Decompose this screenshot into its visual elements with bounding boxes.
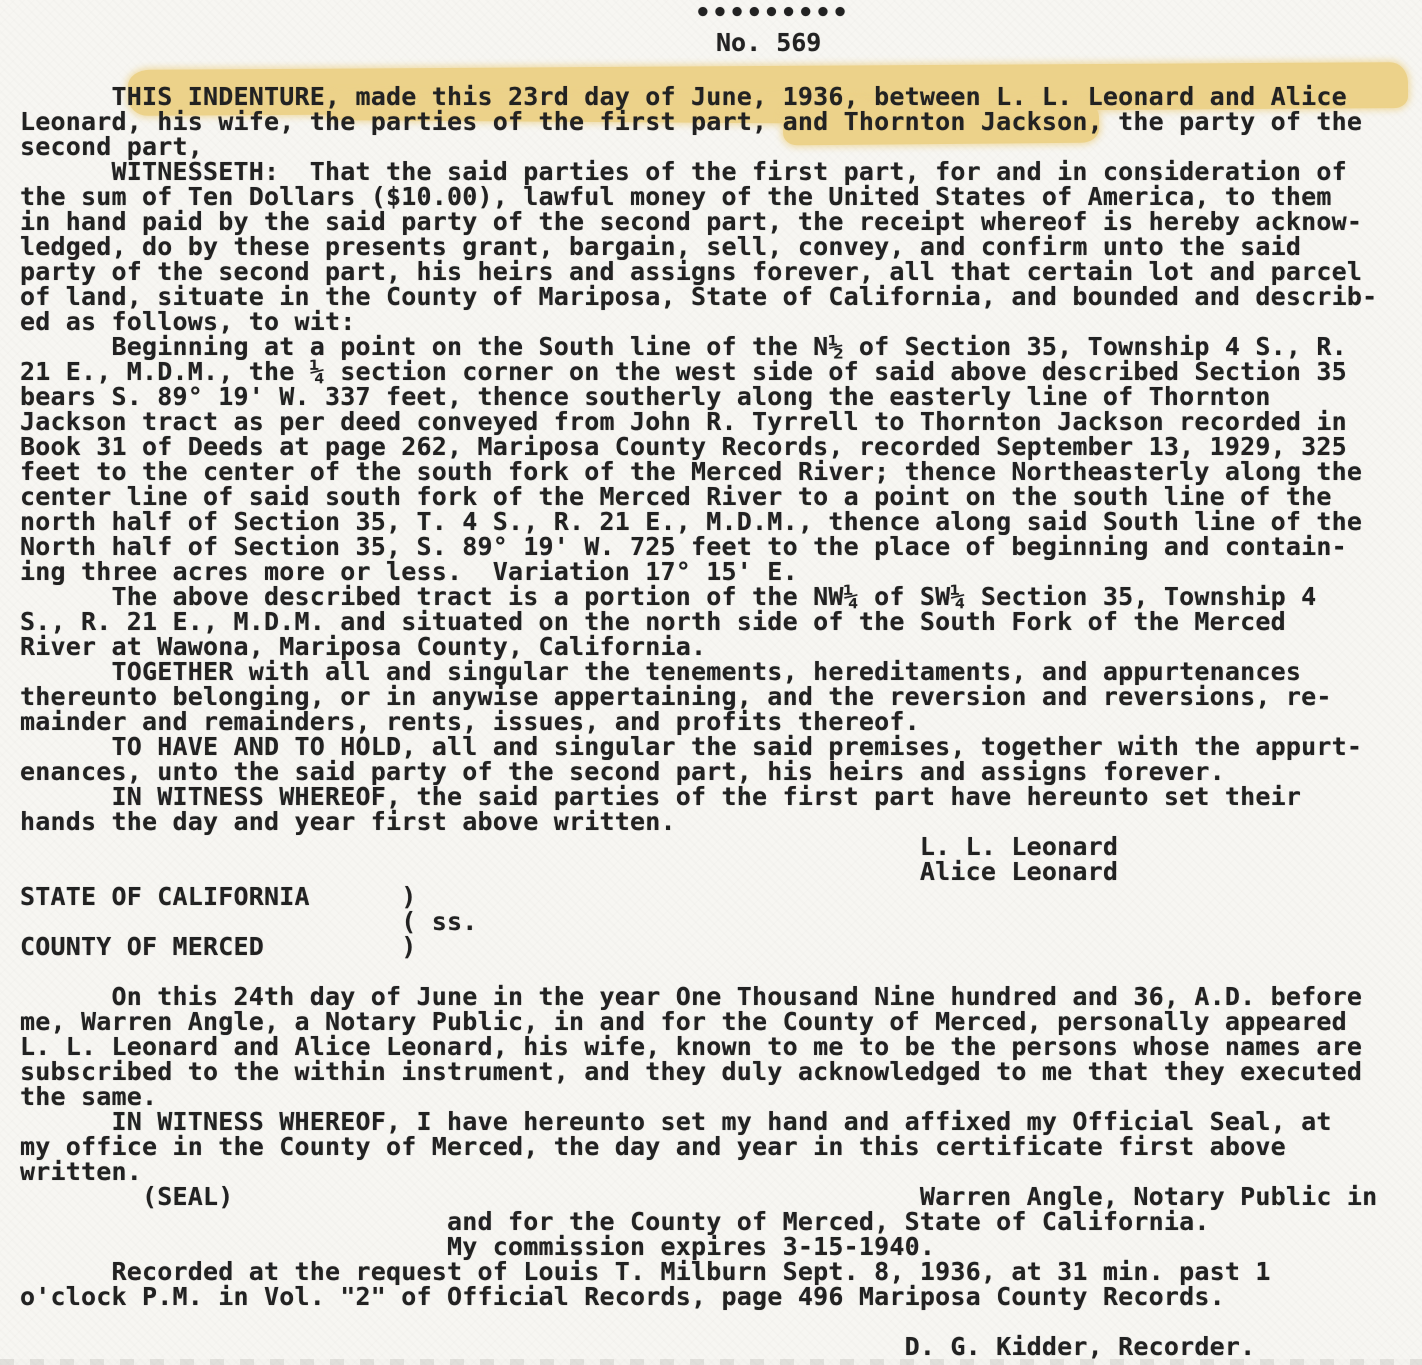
document-line: enances, unto the said party of the seco… — [20, 759, 1377, 784]
document-line — [20, 1309, 1377, 1334]
document-line: THIS INDENTURE, made this 23rd day of Ju… — [20, 84, 1377, 109]
deed-text-body: THIS INDENTURE, made this 23rd day of Ju… — [20, 84, 1377, 1359]
document-line: in hand paid by the said party of the se… — [20, 209, 1377, 234]
document-line: Book 31 of Deeds at page 262, Mariposa C… — [20, 434, 1377, 459]
document-line: WITNESSETH: That the said parties of the… — [20, 159, 1377, 184]
document-line: ledged, do by these presents grant, barg… — [20, 234, 1377, 259]
document-line: the sum of Ten Dollars ($10.00), lawful … — [20, 184, 1377, 209]
document-line: ( ss. — [20, 909, 1377, 934]
document-line: Leonard, his wife, the parties of the fi… — [20, 109, 1377, 134]
document-line: L. L. Leonard — [20, 834, 1377, 859]
document-line: north half of Section 35, T. 4 S., R. 21… — [20, 509, 1377, 534]
document-line: ed as follows, to wit: — [20, 309, 1377, 334]
document-line: of land, situate in the County of Maripo… — [20, 284, 1377, 309]
document-line: and for the County of Merced, State of C… — [20, 1209, 1377, 1234]
document-line — [20, 959, 1377, 984]
document-line: S., R. 21 E., M.D.M. and situated on the… — [20, 609, 1377, 634]
document-line: mainder and remainders, rents, issues, a… — [20, 709, 1377, 734]
document-line: feet to the center of the south fork of … — [20, 459, 1377, 484]
document-line: COUNTY OF MERCED ) — [20, 934, 1377, 959]
document-line: the same. — [20, 1084, 1377, 1109]
document-line: North half of Section 35, S. 89° 19' W. … — [20, 534, 1377, 559]
document-line: ing three acres more or less. Variation … — [20, 559, 1377, 584]
document-line: IN WITNESS WHEREOF, I have hereunto set … — [20, 1109, 1377, 1134]
document-line: thereunto belonging, or in anywise apper… — [20, 684, 1377, 709]
document-line: TO HAVE AND TO HOLD, all and singular th… — [20, 734, 1377, 759]
document-line: o'clock P.M. in Vol. "2" of Official Rec… — [20, 1284, 1377, 1309]
document-line: center line of said south fork of the Me… — [20, 484, 1377, 509]
document-line: second part, — [20, 134, 1377, 159]
decorative-dots: ••••••••• — [695, 0, 849, 26]
document-line: bears S. 89° 19' W. 337 feet, thence sou… — [20, 384, 1377, 409]
document-line: STATE OF CALIFORNIA ) — [20, 884, 1377, 909]
document-line: IN WITNESS WHEREOF, the said parties of … — [20, 784, 1377, 809]
document-line: 21 E., M.D.M., the ¼ section corner on t… — [20, 359, 1377, 384]
scanned-deed-page: ••••••••• No. 569 THIS INDENTURE, made t… — [0, 0, 1422, 1365]
document-line: subscribed to the within instrument, and… — [20, 1059, 1377, 1084]
document-line: my office in the County of Merced, the d… — [20, 1134, 1377, 1159]
document-line: On this 24th day of June in the year One… — [20, 984, 1377, 1009]
document-line: L. L. Leonard and Alice Leonard, his wif… — [20, 1034, 1377, 1059]
document-line: D. G. Kidder, Recorder. — [20, 1334, 1377, 1359]
document-line: written. — [20, 1159, 1377, 1184]
document-number: No. 569 — [716, 30, 821, 55]
document-line: me, Warren Angle, a Notary Public, in an… — [20, 1009, 1377, 1034]
document-line: Alice Leonard — [20, 859, 1377, 884]
document-line: TOGETHER with all and singular the tenem… — [20, 659, 1377, 684]
document-line: party of the second part, his heirs and … — [20, 259, 1377, 284]
document-line: Beginning at a point on the South line o… — [20, 334, 1377, 359]
document-line: Jackson tract as per deed conveyed from … — [20, 409, 1377, 434]
document-line: River at Wawona, Mariposa County, Califo… — [20, 634, 1377, 659]
document-line: (SEAL) Warren Angle, Notary Public in — [20, 1184, 1377, 1209]
document-line: My commission expires 3-15-1940. — [20, 1234, 1377, 1259]
document-line: Recorded at the request of Louis T. Milb… — [20, 1259, 1377, 1284]
document-line: hands the day and year first above writt… — [20, 809, 1377, 834]
document-line: The above described tract is a portion o… — [20, 584, 1377, 609]
